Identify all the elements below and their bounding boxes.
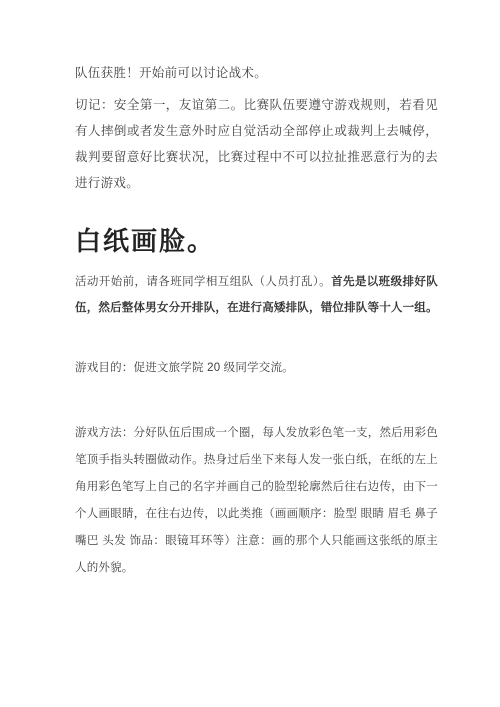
paragraph-team-victory: 队伍获胜！开始前可以讨论战术。 bbox=[75, 60, 438, 86]
document-page: 队伍获胜！开始前可以讨论战术。 切记：安全第一，友谊第二。比赛队伍要遵守游戏规则… bbox=[0, 0, 500, 707]
paragraph-grouping-instructions: 活动开始前，请各班同学相互组队（人员打乱）。首先是以班级排好队伍，然后整体男女分… bbox=[75, 269, 438, 321]
paragraph-game-method: 游戏方法：分好队伍后围成一个圈，每人发放彩色笔一支，然后用彩色笔顶手指头转圈做动… bbox=[75, 420, 438, 582]
paragraph-safety-note: 切记：安全第一，友谊第二。比赛队伍要遵守游戏规则，若看见有人摔倒或者发生意外时应… bbox=[75, 92, 438, 196]
section-title-white-paper-face: 白纸画脸。 bbox=[75, 226, 438, 256]
paragraph-game-purpose: 游戏目的：促进文旅学院 20 级同学交流。 bbox=[75, 355, 438, 381]
grouping-intro-text: 活动开始前，请各班同学相互组队（人员打乱）。 bbox=[75, 276, 331, 288]
